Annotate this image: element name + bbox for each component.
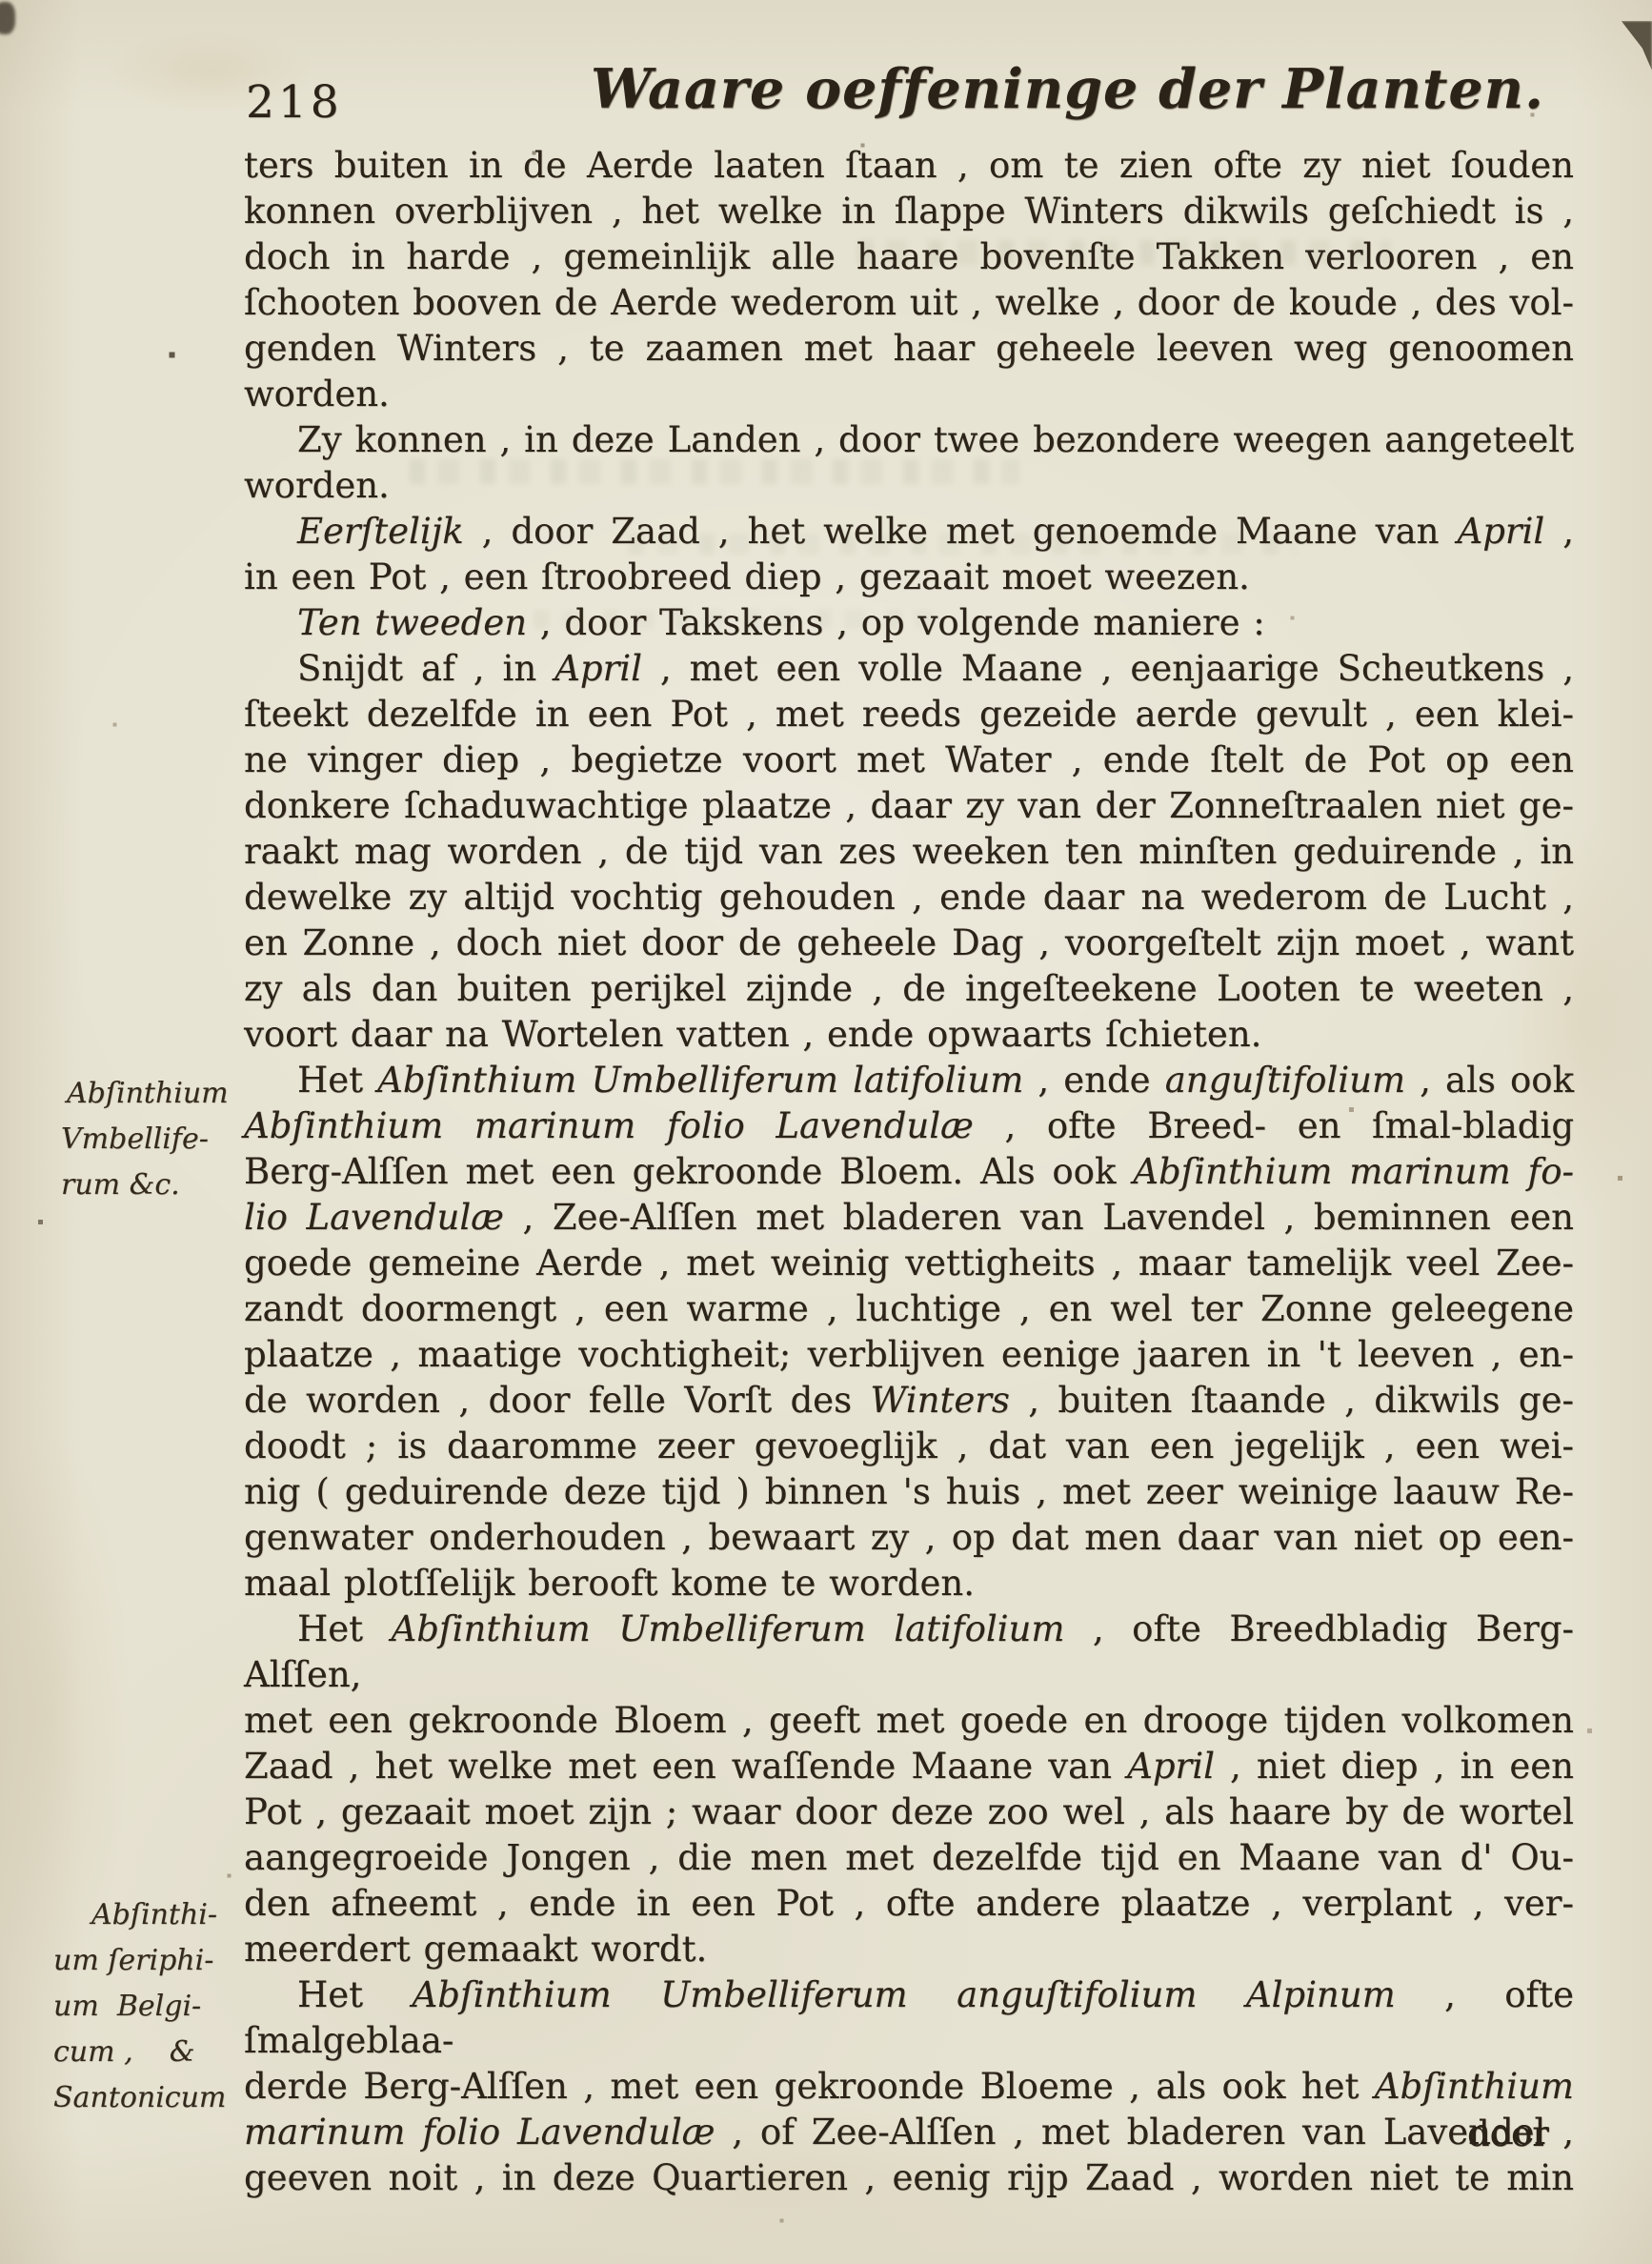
body-line: ſchooten booven de Aerde wederom uit , w… <box>244 280 1574 326</box>
body-line: geeven noit , in deze Quartieren , eenig… <box>244 2155 1574 2201</box>
body-line-text: zy als dan buiten perijkel zijnde , de i… <box>244 968 1574 1009</box>
body-line: Zaad , het welke met een waſſende Maane … <box>244 1744 1574 1789</box>
italic-phrase: Abſinthium <box>1375 2066 1574 2107</box>
body-line-text: , of Zee-Alſſen , met bladeren van Laven… <box>715 2112 1574 2153</box>
body-line: voort daar na Wortelen vatten , ende opw… <box>244 1012 1574 1058</box>
body-line-text: genwater onderhouden , bewaart zy , op d… <box>244 1517 1574 1558</box>
body-line-text: plaatze , maatige vochtigheit; verblijve… <box>244 1334 1574 1375</box>
body-line-text: , door Takskens , op volgende maniere : <box>527 602 1265 643</box>
body-line: Pot , gezaait moet zijn ; waar door deze… <box>244 1789 1574 1835</box>
italic-phrase: Abſinthium Umbelliferum latifolium <box>392 1608 1065 1649</box>
italic-phrase: Abſinthium marinum folio Lavendulæ <box>244 1105 974 1146</box>
catchword: door <box>1467 2113 1549 2154</box>
body-line-text: worden. <box>244 465 390 506</box>
body-line-text: den afneemt , ende in een Pot , ofte and… <box>244 1883 1574 1924</box>
body-line-text: genden Winters , te zaamen met haar gehe… <box>244 328 1574 369</box>
body-line-text: derde Berg-Alſſen , met een gekroonde Bl… <box>244 2066 1375 2107</box>
body-line-text: , door Zaad , het welke met genoemde Maa… <box>464 511 1458 552</box>
body-line: met een gekroonde Bloem , geeft met goed… <box>244 1698 1574 1744</box>
body-line-text: aangegroeide Jongen , die men met dezelf… <box>244 1837 1574 1878</box>
margin-note-line: Abſinthium <box>61 1071 256 1117</box>
body-line-text: in een Pot , een ſtroobreed diep , gezaa… <box>244 556 1250 597</box>
body-line-text: ters buiten in de Aerde laaten ſtaan , o… <box>244 145 1574 186</box>
body-line: Het Abſinthium Umbelliferum anguſtifoliu… <box>244 1972 1574 2064</box>
body-text: ters buiten in de Aerde laaten ſtaan , o… <box>244 143 1574 2201</box>
body-line: worden. <box>244 372 1574 417</box>
margin-note-line: Abſinthi- <box>53 1892 249 1938</box>
italic-phrase: Ten tweeden <box>297 602 527 643</box>
body-line: lio Lavendulæ , Zee-Alſſen met bladeren … <box>244 1195 1574 1241</box>
italic-phrase: Abſinthium Umbelliferum latifolium <box>377 1060 1023 1101</box>
body-line: den afneemt , ende in een Pot , ofte and… <box>244 1881 1574 1927</box>
body-line: de worden , door felle Vorſt des Winters… <box>244 1378 1574 1424</box>
body-line: genwater onderhouden , bewaart zy , op d… <box>244 1515 1574 1561</box>
body-line: Eerſtelijk , door Zaad , het welke met g… <box>244 509 1574 555</box>
body-line: dewelke zy altijd vochtig gehouden , end… <box>244 875 1574 920</box>
margin-note-line: um ſeriphi- <box>53 1938 249 1984</box>
body-line: plaatze , maatige vochtigheit; verblijve… <box>244 1332 1574 1378</box>
body-line: doodt ; is daaromme zeer gevoeglijk , da… <box>244 1424 1574 1469</box>
italic-phrase: anguſtifolium <box>1165 1060 1405 1101</box>
italic-phrase: April <box>1127 1746 1215 1787</box>
body-line: doch in harde , gemeinlijk alle haare bo… <box>244 234 1574 280</box>
body-line: Het Abſinthium Umbelliferum latifolium ,… <box>244 1607 1574 1698</box>
body-line-text: maal plotſſelijk berooft kome te worden. <box>244 1563 975 1604</box>
body-line: nig ( geduirende deze tijd ) binnen 's h… <box>244 1469 1574 1515</box>
body-line: Abſinthium marinum folio Lavendulæ , oft… <box>244 1103 1574 1149</box>
margin-note-line: rum &c. <box>61 1162 256 1208</box>
body-line: ne vinger diep , begietze voort met Wate… <box>244 738 1574 783</box>
body-line-text: goede gemeine Aerde , met weinig vettigh… <box>244 1243 1574 1284</box>
body-line: Berg-Alſſen met een gekroonde Bloem. Als… <box>244 1149 1574 1195</box>
body-line: goede gemeine Aerde , met weinig vettigh… <box>244 1241 1574 1286</box>
body-line: genden Winters , te zaamen met haar gehe… <box>244 326 1574 372</box>
running-title: Waare oeffeninge der Planten. <box>591 57 1544 121</box>
italic-phrase: Eerſtelijk <box>297 511 464 552</box>
body-line-text: donkere ſchaduwachtige plaatze , daar zy… <box>244 785 1574 826</box>
body-line-text: Het <box>297 1608 392 1649</box>
body-line-text: geeven noit , in deze Quartieren , eenig… <box>244 2157 1574 2198</box>
body-line-text: konnen overblijven , het welke in ſlappe… <box>244 191 1574 232</box>
margin-note-line: um Belgi- <box>53 1984 249 2030</box>
italic-phrase: Abſinthium marinum fo- <box>1133 1151 1574 1192</box>
body-line-text: voort daar na Wortelen vatten , ende opw… <box>244 1014 1261 1055</box>
body-line-text: Pot , gezaait moet zijn ; waar door deze… <box>244 1791 1574 1832</box>
body-line: Het Abſinthium Umbelliferum latifolium ,… <box>244 1058 1574 1103</box>
italic-phrase: Winters <box>870 1380 1009 1421</box>
body-line: ters buiten in de Aerde laaten ſtaan , o… <box>244 143 1574 189</box>
body-line-text: , ofte Breed- en ſmal-bladig <box>974 1105 1574 1146</box>
body-line-text: Het <box>297 1060 377 1101</box>
book-page: 218 Waare oeffeninge der Planten. Abſint… <box>0 0 1652 2264</box>
body-line: zy als dan buiten perijkel zijnde , de i… <box>244 966 1574 1012</box>
body-line-text: worden. <box>244 374 390 414</box>
body-line-text: zandt doormengt , een warme , luchtige ,… <box>244 1288 1574 1329</box>
body-line-text: de worden , door felle Vorſt des <box>244 1380 870 1421</box>
body-line-text: ne vinger diep , begietze voort met Wate… <box>244 739 1574 780</box>
body-line: Zy konnen , in deze Landen , door twee b… <box>244 417 1574 463</box>
body-line: in een Pot , een ſtroobreed diep , gezaa… <box>244 555 1574 600</box>
margin-note-line: Vmbellife- <box>61 1117 256 1162</box>
body-line-text: Snijdt af , in <box>297 648 554 689</box>
margin-note-absinthium-umbelliferum: AbſinthiumVmbellife-rum &c. <box>61 1071 256 1208</box>
body-line: Snijdt af , in April , met een volle Maa… <box>244 646 1574 692</box>
body-line: en Zonne , doch niet door de geheele Dag… <box>244 920 1574 966</box>
body-line: derde Berg-Alſſen , met een gekroonde Bl… <box>244 2064 1574 2110</box>
body-line-text: Zy konnen , in deze Landen , door twee b… <box>297 419 1574 460</box>
body-line-text: en Zonne , doch niet door de geheele Dag… <box>244 922 1574 963</box>
page-number: 218 <box>246 76 343 129</box>
margin-note-line: cum , & <box>53 2030 249 2075</box>
body-line-text: , als ook <box>1405 1060 1574 1101</box>
body-line: Ten tweeden , door Takskens , op volgend… <box>244 600 1574 646</box>
body-line: ſteekt dezelfde in een Pot , met reeds g… <box>244 692 1574 738</box>
italic-phrase: Abſinthium Umbelliferum anguſtifolium Al… <box>412 1974 1395 2015</box>
italic-phrase: April <box>554 648 642 689</box>
body-line: donkere ſchaduwachtige plaatze , daar zy… <box>244 783 1574 829</box>
body-line-text: Berg-Alſſen met een gekroonde Bloem. Als… <box>244 1151 1133 1192</box>
body-line-text: , <box>1544 511 1574 552</box>
body-line-text: ſchooten booven de Aerde wederom uit , w… <box>244 282 1574 323</box>
body-line: meerdert gemaakt wordt. <box>244 1927 1574 1972</box>
italic-phrase: April <box>1457 511 1544 552</box>
body-line-text: , met een volle Maane , eenjaarige Scheu… <box>642 648 1574 689</box>
margin-note-absinthium-seriphium: Abſinthi-um ſeriphi-um Belgi-cum , &Sant… <box>53 1892 249 2121</box>
body-line-text: , niet diep , in een <box>1215 1746 1574 1787</box>
body-line-text: ſteekt dezelfde in een Pot , met reeds g… <box>244 694 1574 735</box>
body-line-text: raakt mag worden , de tijd van zes weeke… <box>244 831 1574 872</box>
body-line: zandt doormengt , een warme , luchtige ,… <box>244 1286 1574 1332</box>
body-line-text: Zaad , het welke met een waſſende Maane … <box>244 1746 1127 1787</box>
italic-phrase: lio Lavendulæ <box>244 1197 504 1238</box>
body-line: worden. <box>244 463 1574 509</box>
body-line-text: , buiten ſtaande , dikwils ge- <box>1010 1380 1574 1421</box>
italic-phrase: marinum folio Lavendulæ <box>244 2112 715 2153</box>
body-line-text: met een gekroonde Bloem , geeft met goed… <box>244 1700 1574 1741</box>
body-line-text: , ende <box>1023 1060 1164 1101</box>
body-line-text: , Zee-Alſſen met bladeren van Lavendel ,… <box>504 1197 1574 1238</box>
body-line-text: dewelke zy altijd vochtig gehouden , end… <box>244 877 1574 918</box>
body-line-text: doodt ; is daaromme zeer gevoeglijk , da… <box>244 1425 1574 1466</box>
body-line-text: meerdert gemaakt wordt. <box>244 1929 707 1970</box>
body-line: marinum folio Lavendulæ , of Zee-Alſſen … <box>244 2110 1574 2155</box>
margin-note-line: Santonicum <box>53 2075 249 2121</box>
body-line: maal plotſſelijk berooft kome te worden. <box>244 1561 1574 1607</box>
body-line-text: nig ( geduirende deze tijd ) binnen 's h… <box>244 1471 1574 1512</box>
body-line: raakt mag worden , de tijd van zes weeke… <box>244 829 1574 875</box>
body-line: konnen overblijven , het welke in ſlappe… <box>244 189 1574 234</box>
body-line-text: doch in harde , gemeinlijk alle haare bo… <box>244 236 1574 277</box>
body-line-text: Het <box>297 1974 412 2015</box>
body-line: aangegroeide Jongen , die men met dezelf… <box>244 1835 1574 1881</box>
